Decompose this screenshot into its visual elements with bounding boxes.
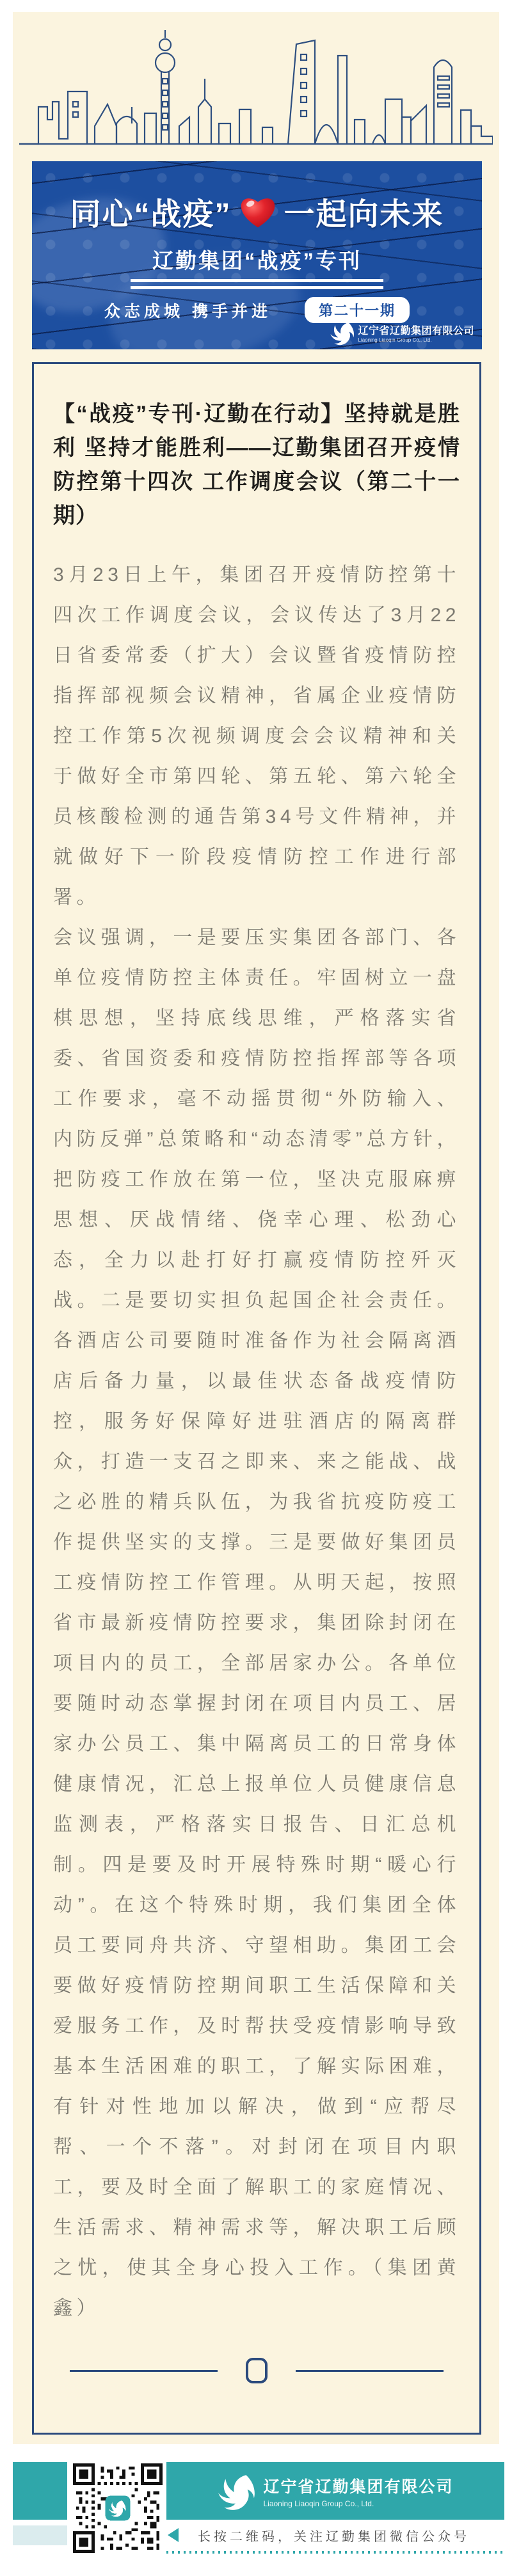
- article-paragraph-1: 3月23日上午，集团召开疫情防控第十四次工作调度会议，会议传达了3月22日省委常…: [53, 555, 460, 918]
- footer-logo-cn: 辽宁省辽勤集团有限公司: [263, 2474, 453, 2497]
- banner-bottom-row: 众志成城 携手并进 第二十一期: [32, 297, 482, 323]
- banner-double-rule: [131, 279, 383, 293]
- article-box: 【“战疫”专刊·辽勤在行动】坚持就是胜利 坚持才能胜利——辽勤集团召开疫情防控第…: [32, 362, 481, 2435]
- banner-company-logo: 辽宁省辽勤集团有限公司 Liaoning Liaoqin Group Co., …: [330, 320, 474, 346]
- article-paragraph-2: 会议强调，一是要压实集团各部门、各单位疫情防控主体责任。牢固树立一盘棋思想，坚持…: [53, 918, 460, 2328]
- banner-logo-en: Liaoning Liaoqin Group Co., Ltd.: [358, 337, 474, 343]
- article-title: 【“战疫”专刊·辽勤在行动】坚持就是胜利 坚持才能胜利——辽勤集团召开疫情防控第…: [53, 397, 460, 533]
- banner-title-left: 同心“战疫”: [70, 189, 231, 234]
- divider-line-right: [296, 2370, 444, 2372]
- divider-line-left: [70, 2370, 218, 2372]
- rule-bar: [131, 279, 383, 282]
- issue-badge: 第二十一期: [305, 297, 410, 323]
- heart-icon: [239, 195, 276, 229]
- page-root: 同心“战疫” 一起向未来 辽勤集团“战疫”专刊 众志成城 携手并进 第二十一期: [0, 0, 512, 2576]
- end-divider: [70, 2358, 444, 2383]
- teal-accent-block-light: [13, 2525, 67, 2545]
- footer-caption-row: 长按二维码，关注辽勤集团微信公众号: [168, 2522, 506, 2548]
- banner-title: 同心“战疫” 一起向未来: [32, 189, 482, 234]
- rule-bar: [131, 286, 383, 289]
- divider-capsule-icon: [246, 2358, 268, 2383]
- banner-logo-cn: 辽宁省辽勤集团有限公司: [358, 322, 474, 337]
- cream-panel: 同心“战疫” 一起向未来 辽勤集团“战疫”专刊 众志成城 携手并进 第二十一期: [13, 12, 499, 2444]
- banner-title-right: 一起向未来: [284, 189, 444, 234]
- phoenix-icon: [330, 320, 355, 346]
- footer-caption: 长按二维码，关注辽勤集团微信公众号: [198, 2526, 470, 2545]
- dotted-rule: [166, 2551, 506, 2554]
- footer-banner: 辽宁省辽勤集团有限公司 Liaoning Liaoqin Group Co., …: [166, 2462, 504, 2520]
- issue-banner: 同心“战疫” 一起向未来 辽勤集团“战疫”专刊 众志成城 携手并进 第二十一期: [32, 161, 482, 349]
- caption-triangle-icon: [168, 2528, 179, 2542]
- phoenix-logo-icon: [217, 2471, 257, 2511]
- banner-subtitle: 辽勤集团“战疫”专刊: [32, 244, 482, 274]
- teal-accent-block: [13, 2462, 67, 2520]
- qr-code[interactable]: [73, 2463, 163, 2554]
- banner-slogan: 众志成城 携手并进: [104, 299, 271, 322]
- footer-logo-en: Liaoning Liaoqin Group Co., Ltd.: [263, 2499, 453, 2508]
- city-skyline-art: [19, 30, 493, 152]
